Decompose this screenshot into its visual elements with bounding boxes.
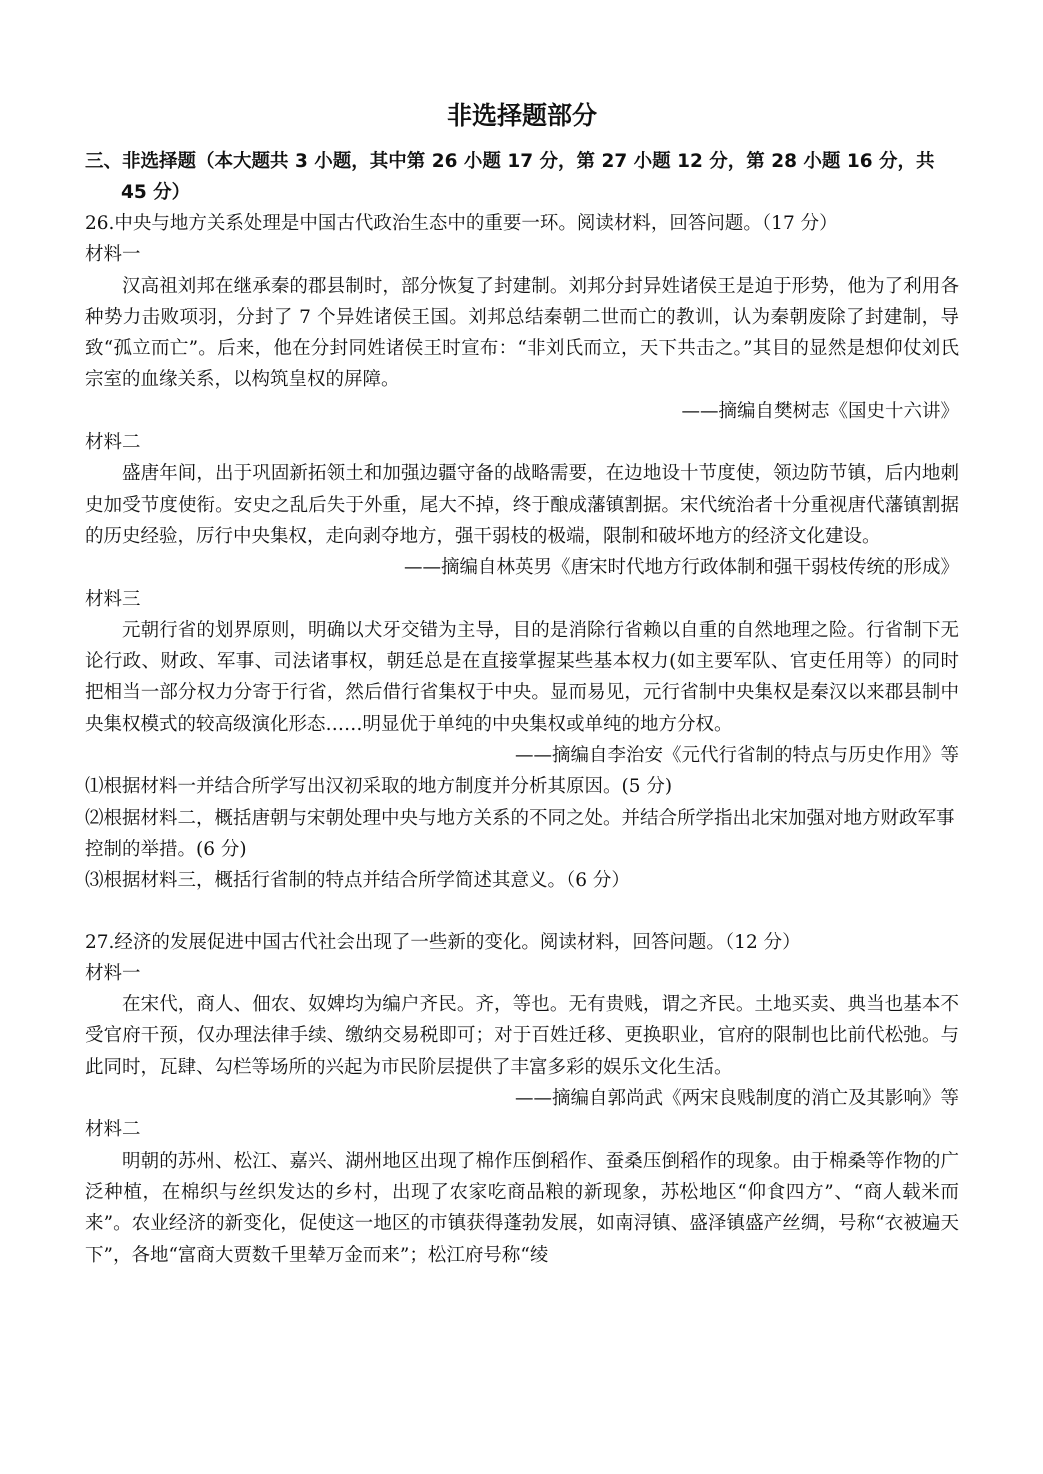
question-stem: 26.中央与地方关系处理是中国古代政治生态中的重要一环。阅读材料，回答问题。（1… [85,208,959,239]
material-text: 盛唐年间，出于巩固新拓领土和加强边疆守备的战略需要，在边地设十节度使，领边防节镇… [85,458,959,552]
material-label: 材料二 [85,427,959,458]
question-stem: 27.经济的发展促进中国古代社会出现了一些新的变化。阅读材料，回答问题。（12 … [85,927,959,958]
question-26: 26.中央与地方关系处理是中国古代政治生态中的重要一环。阅读材料，回答问题。（1… [85,208,959,897]
material-label: 材料一 [85,239,959,270]
material-label: 材料三 [85,584,959,615]
spacer [85,897,959,927]
sub-question: ⑶根据材料三，概括行省制的特点并结合所学简述其意义。（6 分） [85,865,959,896]
sub-question: ⑵根据材料二，概括唐朝与宋朝处理中央与地方关系的不同之处。并结合所学指出北宋加强… [85,803,959,866]
material-label: 材料一 [85,958,959,989]
sub-question: ⑴根据材料一并结合所学写出汉初采取的地方制度并分析其原因。(5 分) [85,771,959,802]
question-27: 27.经济的发展促进中国古代社会出现了一些新的变化。阅读材料，回答问题。（12 … [85,927,959,1271]
material-source: ——摘编自郭尚武《两宋良贱制度的消亡及其影响》等 [85,1083,959,1114]
material-text: 元朝行省的划界原则，明确以犬牙交错为主导，目的是消除行省赖以自重的自然地理之险。… [85,615,959,740]
material-text: 明朝的苏州、松江、嘉兴、湖州地区出现了棉作压倒稻作、蚕桑压倒稻作的现象。由于棉桑… [85,1146,959,1271]
material-label: 材料二 [85,1114,959,1145]
material-text: 在宋代，商人、佃农、奴婢均为编户齐民。齐，等也。无有贵贱，谓之齐民。土地买卖、典… [85,989,959,1083]
material-source: ——摘编自林英男《唐宋时代地方行政体制和强干弱枝传统的形成》 [85,552,959,583]
material-source: ——摘编自樊树志《国史十六讲》 [85,396,959,427]
exam-page: 非选择题部分 三、非选择题（本大题共 3 小题，其中第 26 小题 17 分，第… [85,96,959,1271]
section-heading: 三、非选择题（本大题共 3 小题，其中第 26 小题 17 分，第 27 小题 … [85,146,959,208]
material-source: ——摘编自李治安《元代行省制的特点与历史作用》等 [85,740,959,771]
page-title: 非选择题部分 [85,96,959,136]
material-text: 汉高祖刘邦在继承秦的郡县制时，部分恢复了封建制。刘邦分封异姓诸侯王是迫于形势，他… [85,271,959,396]
